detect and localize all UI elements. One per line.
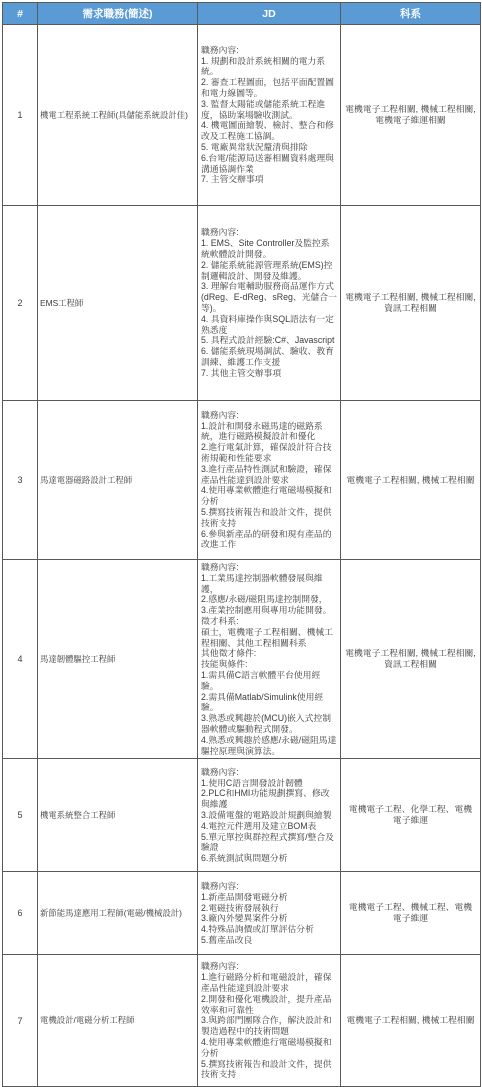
job-title-cell: 馬達韌體驅控工程師 xyxy=(38,560,198,759)
department-cell: 電機電子工程相關, 機械工程相關, 電機電子維運相關 xyxy=(341,25,481,206)
job-title-cell: 機電工程系統工程師(具儲能系統設計佳) xyxy=(38,25,198,206)
spreadsheet-area: # 需求職務(簡述) JD 科系 1 機電工程系統工程師(具儲能系統設計佳) 職… xyxy=(2,2,480,1087)
table-row: 5 機電系統整合工程師 職務內容: 1.使用C語言開發設計韌體 2.PLC和HM… xyxy=(3,759,481,872)
table-row: 2 EMS工程師 職務內容: 1. EMS、Site Controller及監控… xyxy=(3,206,481,401)
job-title-cell: 機電系統整合工程師 xyxy=(38,759,198,872)
jd-cell: 職務內容: 1.新產品開發電磁分析 2.電磁技術發展執行 3.廠內外變異案件分析… xyxy=(198,872,341,955)
job-requirements-table: # 需求職務(簡述) JD 科系 1 機電工程系統工程師(具儲能系統設計佳) 職… xyxy=(2,2,481,1087)
row-number-cell: 3 xyxy=(3,401,38,560)
job-title-cell: EMS工程師 xyxy=(38,206,198,401)
header-cell-number: # xyxy=(3,3,38,25)
jd-cell: 職務內容: 1.工業馬達控制器軟體發展與維護， 2.感應/永磁/磁阻馬達控制開發… xyxy=(198,560,341,759)
header-cell-jd: JD xyxy=(198,3,341,25)
department-cell: 電機電子工程相關, 機械工程相關, 資訊工程相關 xyxy=(341,560,481,759)
table-row: 6 新節能馬達應用工程師(電磁/機械設計) 職務內容: 1.新產品開發電磁分析 … xyxy=(3,872,481,955)
header-row: # 需求職務(簡述) JD 科系 xyxy=(3,3,481,25)
department-cell: 電機電子工程相關, 機械工程相關 xyxy=(341,401,481,560)
department-cell: 電機電子工程相關, 機械工程相關, 資訊工程相關 xyxy=(341,206,481,401)
jd-cell: 職務內容: 1. 規劃和設計系統相關的電力系統。 2. 審查工程圖面，包括平面配… xyxy=(198,25,341,206)
table-row: 4 馬達韌體驅控工程師 職務內容: 1.工業馬達控制器軟體發展與維護， 2.感應… xyxy=(3,560,481,759)
row-number-cell: 5 xyxy=(3,759,38,872)
jd-cell: 職務內容: 1.設計和開發永磁馬達的磁路系統，進行磁路模擬設計和優化 2.進行電… xyxy=(198,401,341,560)
table-row: 1 機電工程系統工程師(具儲能系統設計佳) 職務內容: 1. 規劃和設計系統相關… xyxy=(3,25,481,206)
job-title-cell: 新節能馬達應用工程師(電磁/機械設計) xyxy=(38,872,198,955)
department-cell: 電機電子工程、化學工程、電機電子維運 xyxy=(341,759,481,872)
table-row: 3 馬達電器磁路設計工程師 職務內容: 1.設計和開發永磁馬達的磁路系統，進行磁… xyxy=(3,401,481,560)
jd-cell: 職務內容: 1. EMS、Site Controller及監控系統軟體設計開發。… xyxy=(198,206,341,401)
row-number-cell: 4 xyxy=(3,560,38,759)
jd-cell: 職務內容: 1.進行磁路分析和電磁設計，確保產品性能達到設計要求 2.開發和優化… xyxy=(198,955,341,1087)
department-cell: 電機電子工程、機械工程、電機電子維運 xyxy=(341,872,481,955)
department-cell: 電機電子工程相關, 機械工程相關 xyxy=(341,955,481,1087)
header-cell-job-title: 需求職務(簡述) xyxy=(38,3,198,25)
job-title-cell: 電機設計/電磁分析工程師 xyxy=(38,955,198,1087)
row-number-cell: 2 xyxy=(3,206,38,401)
header-cell-department: 科系 xyxy=(341,3,481,25)
job-title-cell: 馬達電器磁路設計工程師 xyxy=(38,401,198,560)
row-number-cell: 1 xyxy=(3,25,38,206)
row-number-cell: 6 xyxy=(3,872,38,955)
jd-cell: 職務內容: 1.使用C語言開發設計韌體 2.PLC和HMI功能規劃撰寫、修改與維… xyxy=(198,759,341,872)
table-row: 7 電機設計/電磁分析工程師 職務內容: 1.進行磁路分析和電磁設計，確保產品性… xyxy=(3,955,481,1087)
row-number-cell: 7 xyxy=(3,955,38,1087)
